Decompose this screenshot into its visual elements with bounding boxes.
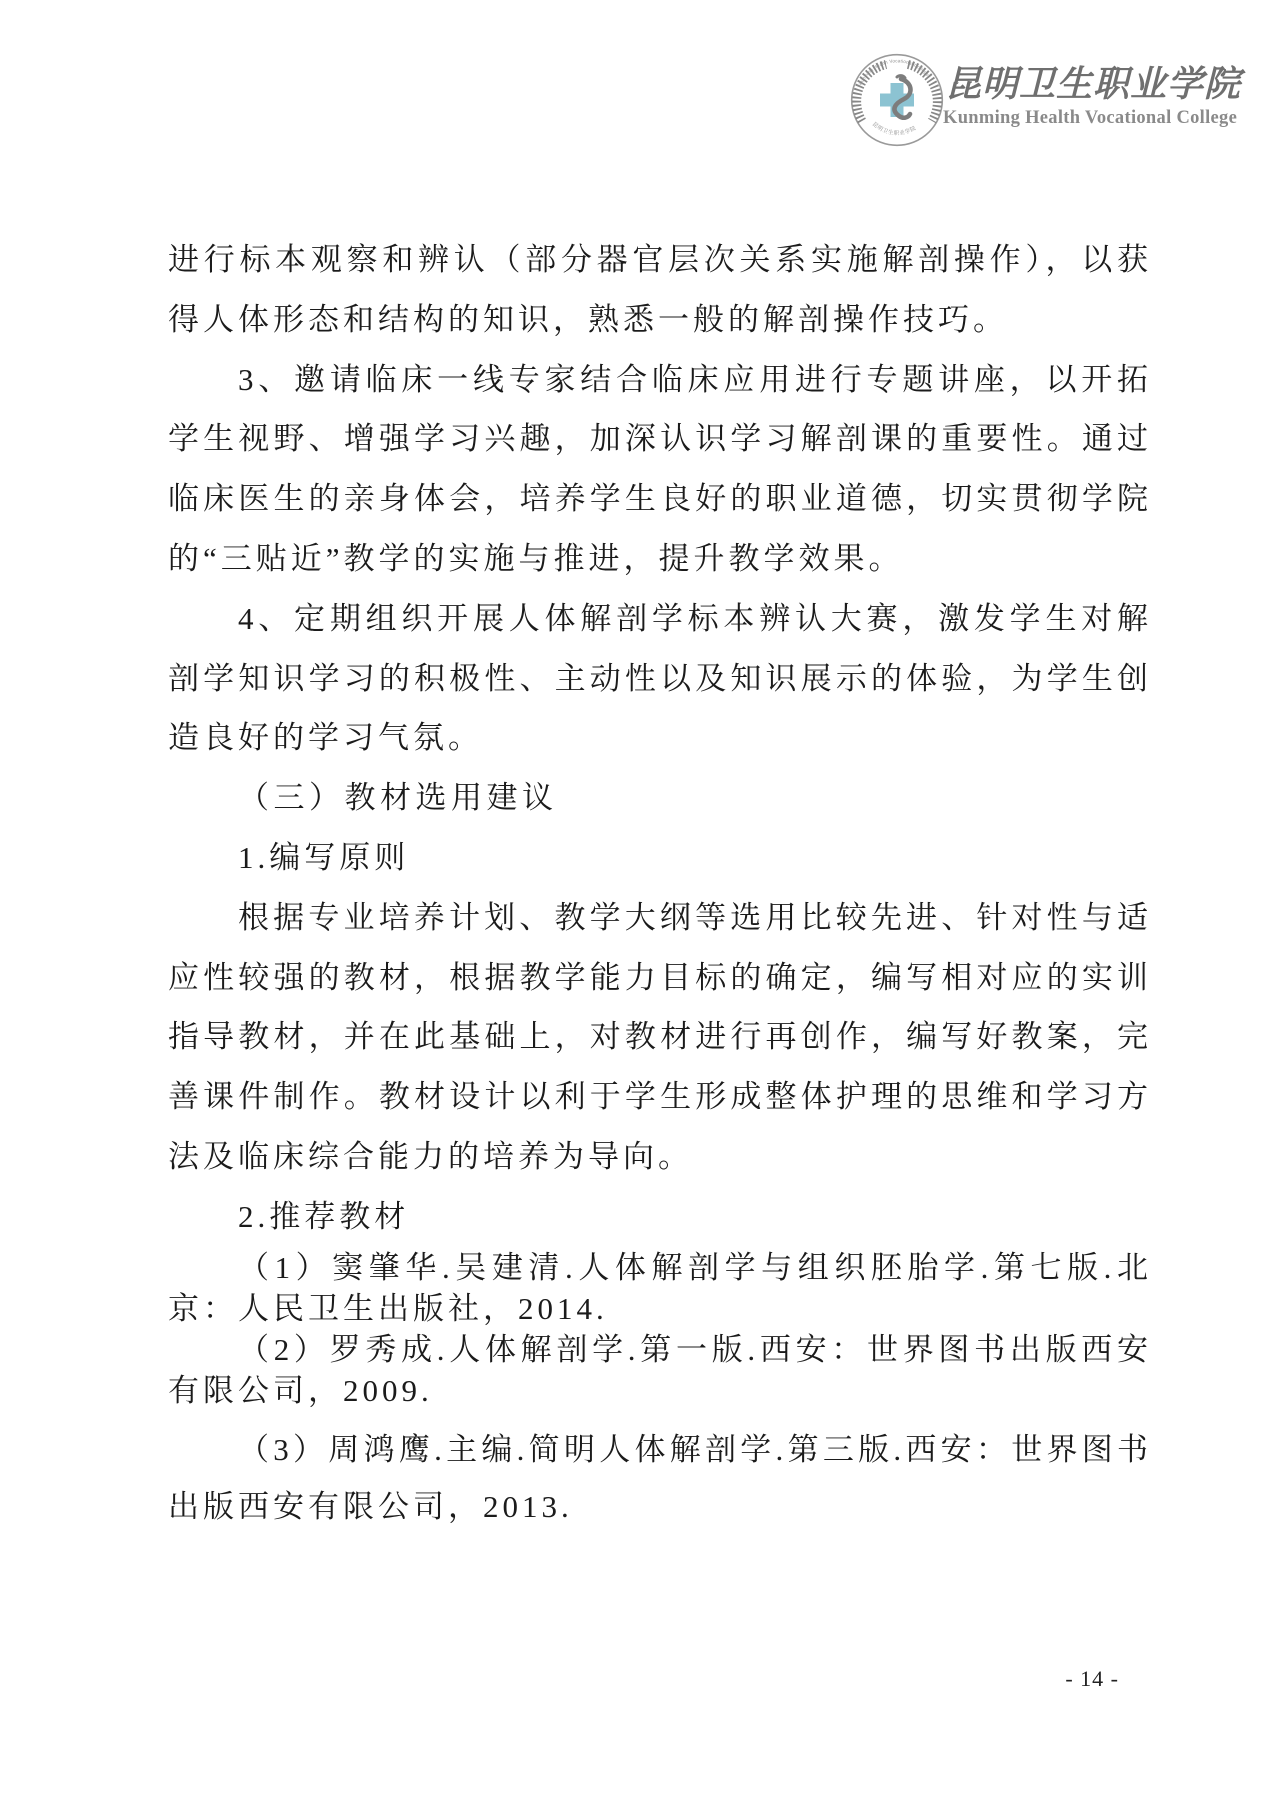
subheading-1-principles: 1.编写原则 bbox=[168, 828, 1152, 888]
paragraph-principles: 根据专业培养计划、教学大纲等选用比较先进、针对性与适应性较强的教材，根据教学能力… bbox=[168, 888, 1152, 1187]
college-header-logo: Kunming Health Vocational College 昆明卫生职业… bbox=[845, 48, 1245, 148]
document-page: Kunming Health Vocational College 昆明卫生职业… bbox=[0, 0, 1274, 1801]
paragraph-item-4: 4、定期组织开展人体解剖学标本辨认大赛，激发学生对解剖学知识学习的积极性、主动性… bbox=[168, 589, 1152, 768]
svg-text:Kunming Health Vocational Coll: Kunming Health Vocational College bbox=[858, 58, 931, 86]
college-seal-icon: Kunming Health Vocational College 昆明卫生职业… bbox=[850, 53, 944, 147]
paragraph-item-3: 3、邀请临床一线专家结合临床应用进行专题讲座，以开拓学生视野、增强学习兴趣，加深… bbox=[168, 350, 1152, 589]
college-name-calligraphy: 昆明卫生职业学院 bbox=[945, 62, 1240, 106]
college-name-english: Kunming Health Vocational College bbox=[943, 108, 1243, 129]
subheading-2-recommended-textbooks: 2.推荐教材 bbox=[168, 1187, 1152, 1247]
seal-arc-text-top: Kunming Health Vocational College bbox=[858, 58, 931, 86]
seal-arc-text-bottom: 昆明卫生职业学院 bbox=[871, 120, 918, 137]
section-heading-3: （三）教材选用建议 bbox=[168, 768, 1152, 828]
document-body: 进行标本观察和辨认（部分器官层次关系实施解剖操作），以获得人体形态和结构的知识，… bbox=[168, 230, 1152, 1535]
svg-text:昆明卫生职业学院: 昆明卫生职业学院 bbox=[871, 120, 918, 137]
paragraph-continuation: 进行标本观察和辨认（部分器官层次关系实施解剖操作），以获得人体形态和结构的知识，… bbox=[168, 230, 1152, 350]
reference-3: （3）周鸿鹰.主编.简明人体解剖学.第三版.西安：世界图书出版西安有限公司，20… bbox=[168, 1421, 1152, 1535]
page-number: - 14 - bbox=[1065, 1666, 1119, 1692]
reference-2: （2）罗秀成.人体解剖学.第一版.西安：世界图书出版西安有限公司，2009. bbox=[168, 1329, 1152, 1412]
reference-1: （1）窦肇华.吴建清.人体解剖学与组织胚胎学.第七版.北京：人民卫生出版社，20… bbox=[168, 1247, 1152, 1330]
